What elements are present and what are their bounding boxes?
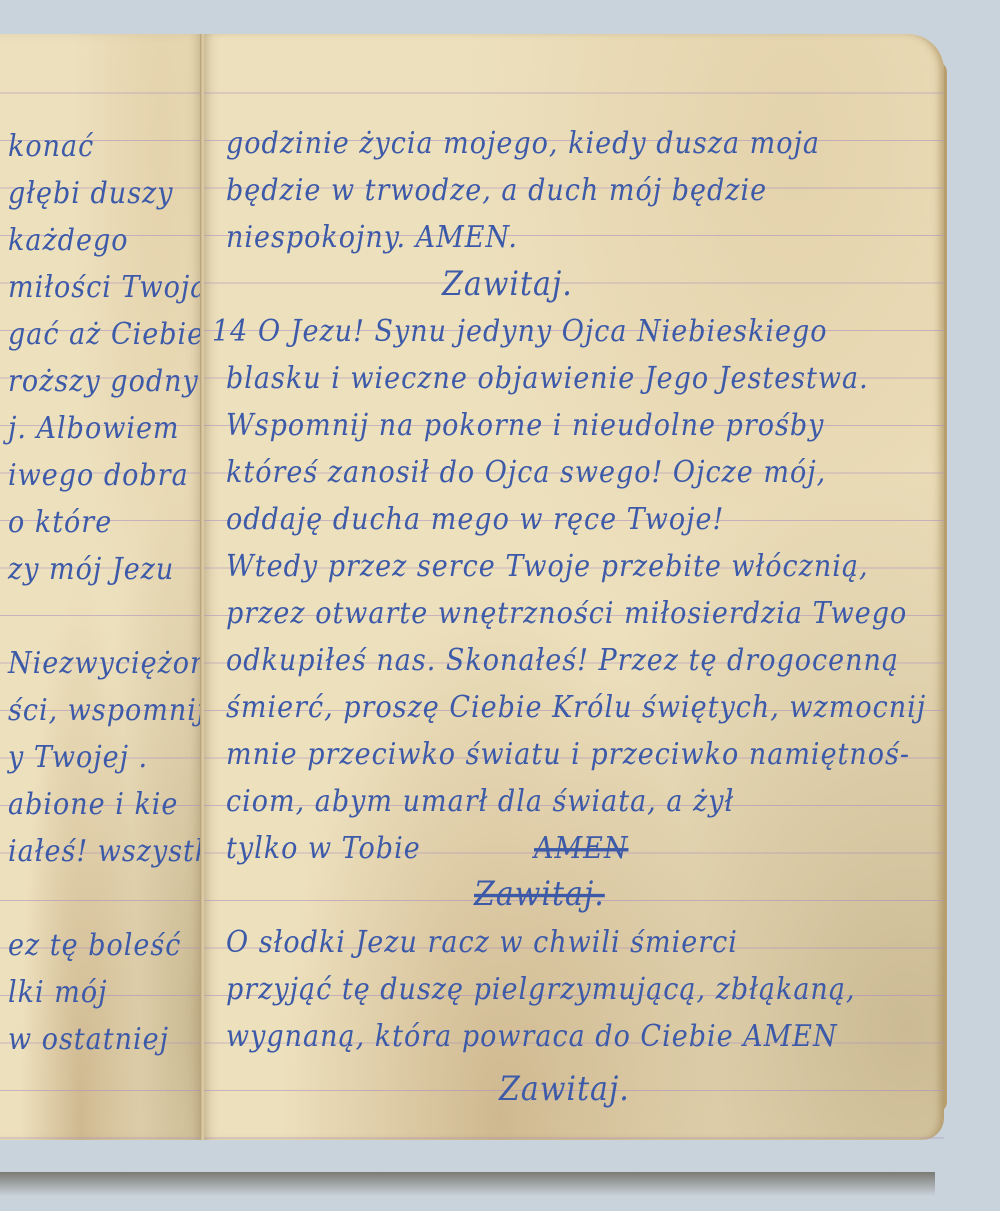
left-line: ści, wspomnij (8, 693, 206, 728)
right-line: Wtedy przez serce Twoje przebite włóczni… (226, 549, 869, 584)
struck-amen: AMEN (534, 831, 628, 866)
right-line: mnie przeciwko światu i przeciwko namięt… (226, 737, 910, 772)
right-line: O słodki Jezu racz w chwili śmierci (226, 925, 738, 960)
left-line: gać aż Ciebie (8, 317, 204, 352)
right-line: przez otwarte wnętrzności miłosierdzia T… (226, 596, 907, 631)
closing-heading: Zawitaj. (499, 1070, 630, 1109)
left-line: iwego dobra (8, 458, 189, 493)
left-line: j. Albowiem (8, 411, 180, 446)
right-line: Wspomnij na pokorne i nieudolne prośby (226, 408, 824, 443)
right-line: przyjąć tę duszę pielgrzymującą, zbłąkan… (226, 972, 856, 1007)
notebook-shadow (0, 1172, 935, 1196)
left-line: ez tę boleść (8, 928, 181, 963)
right-line: oddaję ducha mego w ręce Twoje! (226, 502, 724, 537)
left-line: głębi duszy (8, 176, 174, 211)
right-line: śmierć, proszę Ciebie Królu świętych, wz… (226, 690, 926, 725)
left-line: Niezwyciężony (8, 646, 225, 681)
right-page: godzinie życia mojego, kiedy dusza moja … (204, 34, 944, 1140)
left-line: każdego (8, 223, 128, 258)
left-line: roższy godny (8, 364, 199, 399)
right-line: tylko w Tobie (226, 831, 421, 866)
right-line: 14 O Jezu! Synu jedyny Ojca Niebieskiego (212, 314, 828, 349)
left-line: o które (8, 505, 112, 540)
right-line: odkupiłeś nas. Skonałeś! Przez tę drogoc… (226, 643, 899, 678)
left-line: y Twojej . (8, 740, 148, 775)
left-line: konać (8, 129, 94, 164)
open-notebook: konać głębi duszy każdego miłości Twoja … (0, 34, 948, 1149)
left-page: konać głębi duszy każdego miłości Twoja … (0, 34, 203, 1140)
left-line: zy mój Jezu (8, 552, 174, 587)
left-line: miłości Twoja (8, 270, 207, 305)
right-line: godzinie życia mojego, kiedy dusza moja (226, 126, 820, 161)
section-heading: Zawitaj. (442, 265, 573, 304)
right-line: niespokojny. AMEN. (226, 220, 518, 255)
left-line: abione i kie (8, 787, 178, 822)
left-line: iałeś! wszystko (8, 834, 230, 869)
right-line: wygnaną, która powraca do Ciebie AMEN (226, 1019, 838, 1054)
right-line: będzie w trwodze, a duch mój będzie (226, 173, 767, 208)
left-line: w ostatniej (8, 1022, 169, 1057)
right-line: któreś zanosił do Ojca swego! Ojcze mój, (226, 455, 826, 490)
left-line: lki mój (8, 975, 107, 1010)
right-line: blasku i wieczne objawienie Jego Jestest… (226, 361, 869, 396)
struck-heading: Zawitaj. (474, 875, 605, 914)
right-line: ciom, abym umarł dla świata, a żył (226, 784, 734, 819)
